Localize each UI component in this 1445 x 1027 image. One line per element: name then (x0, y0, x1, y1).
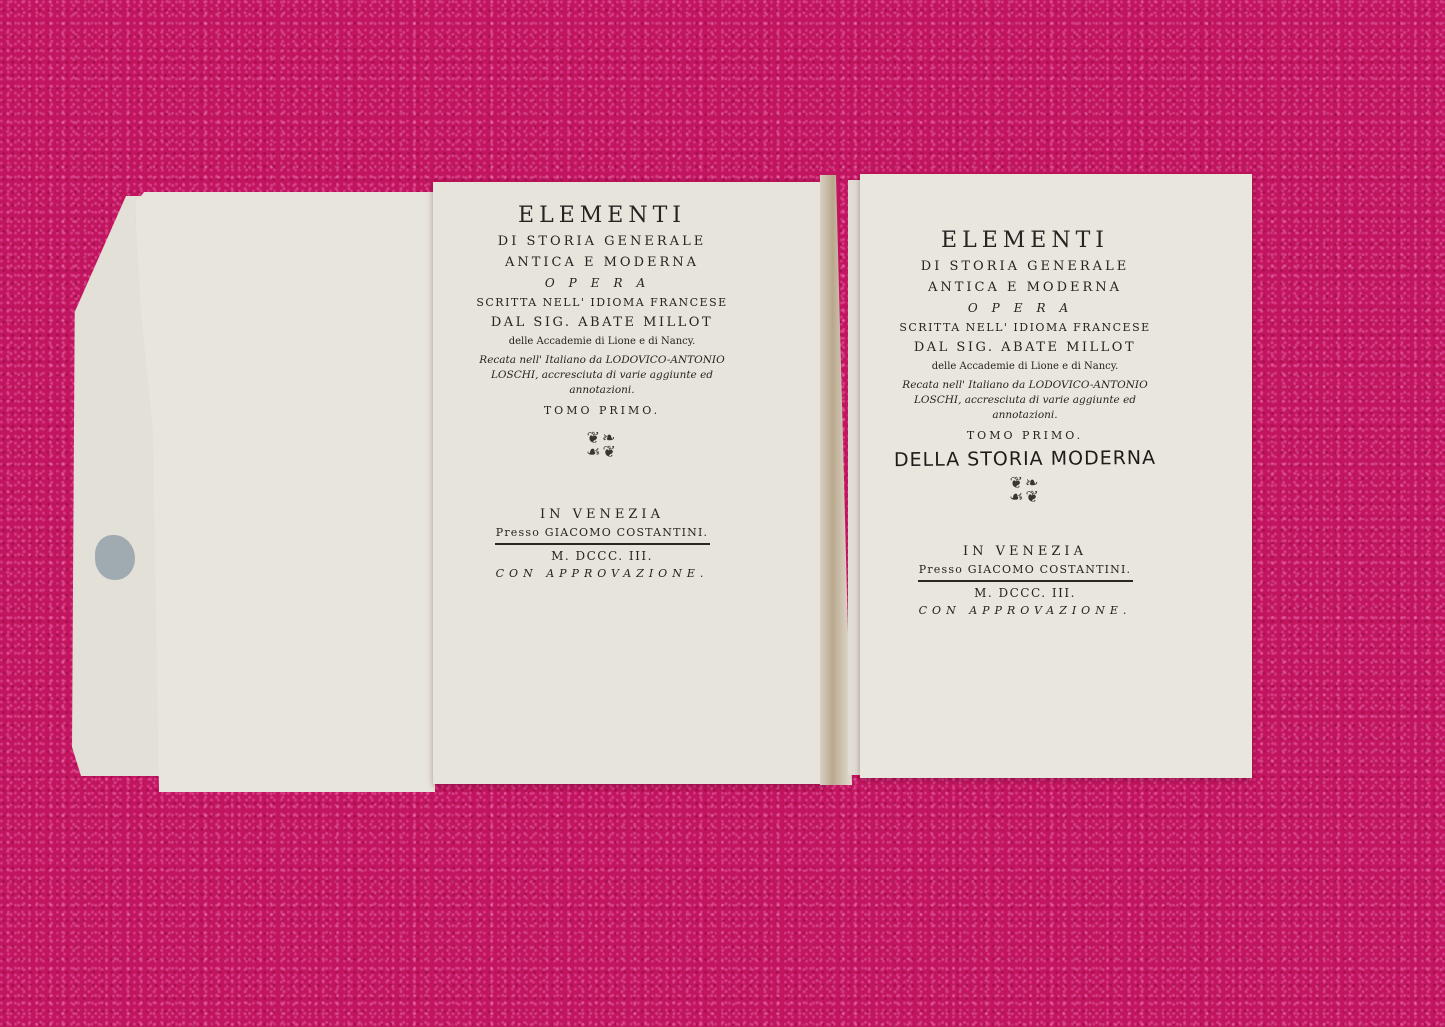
blank-flyleaf (135, 192, 435, 792)
year: M. DCCC. III. (880, 586, 1170, 600)
imprint-place: IN VENEZIA (452, 507, 752, 522)
printer: Presso GIACOMO COSTANTINI. (452, 526, 752, 539)
written-in-french: SCRITTA NELL' IDIOMA FRANCESE (880, 321, 1170, 334)
imprint-place: IN VENEZIA (880, 544, 1170, 559)
book-subtitle: DI STORIA GENERALE (452, 234, 752, 249)
translator-line: Recata nell' Italiano da LODOVICO-ANTONI… (880, 378, 1170, 393)
translator-line: annotazioni. (452, 383, 752, 398)
opera-label: OPERA (452, 276, 752, 290)
author: DAL SIG. ABATE MILLOT (452, 315, 752, 330)
book-subtitle: DI STORIA GENERALE (880, 259, 1170, 274)
translator-line: annotazioni. (880, 408, 1170, 423)
book2-title-text: ELEMENTI DI STORIA GENERALE ANTICA E MOD… (880, 228, 1170, 619)
academies: delle Accademie di Lione e di Nancy. (452, 336, 752, 347)
book-title: ELEMENTI (452, 203, 752, 228)
book-subtitle: ANTICA E MODERNA (880, 280, 1170, 295)
written-in-french: SCRITTA NELL' IDIOMA FRANCESE (452, 296, 752, 309)
floral-ornament-icon: ❦❧☙❦ (452, 431, 752, 459)
volume-label: TOMO PRIMO. (880, 429, 1170, 442)
approval: CON APPROVAZIONE. (452, 567, 752, 580)
divider-rule (495, 543, 710, 545)
year: M. DCCC. III. (452, 549, 752, 563)
opera-label: OPERA (880, 301, 1170, 315)
translator-line: LOSCHI, accresciuta di varie aggiunte ed (880, 393, 1170, 408)
academies: delle Accademie di Lione e di Nancy. (880, 361, 1170, 372)
divider-rule (918, 580, 1133, 582)
floral-ornament-icon: ❦❧☙❦ (880, 476, 1170, 504)
author: DAL SIG. ABATE MILLOT (880, 340, 1170, 355)
handwritten-note: DELLA STORIA MODERNA (880, 447, 1170, 472)
book-title: ELEMENTI (880, 228, 1170, 253)
book1-title-text: ELEMENTI DI STORIA GENERALE ANTICA E MOD… (452, 203, 752, 582)
approval: CON APPROVAZIONE. (880, 604, 1170, 617)
translator-line: LOSCHI, accresciuta di varie aggiunte ed (452, 368, 752, 383)
book-subtitle: ANTICA E MODERNA (452, 255, 752, 270)
water-stain (95, 535, 135, 580)
volume-label: TOMO PRIMO. (452, 404, 752, 417)
printer: Presso GIACOMO COSTANTINI. (880, 563, 1170, 576)
translator-line: Recata nell' Italiano da LODOVICO-ANTONI… (452, 353, 752, 368)
